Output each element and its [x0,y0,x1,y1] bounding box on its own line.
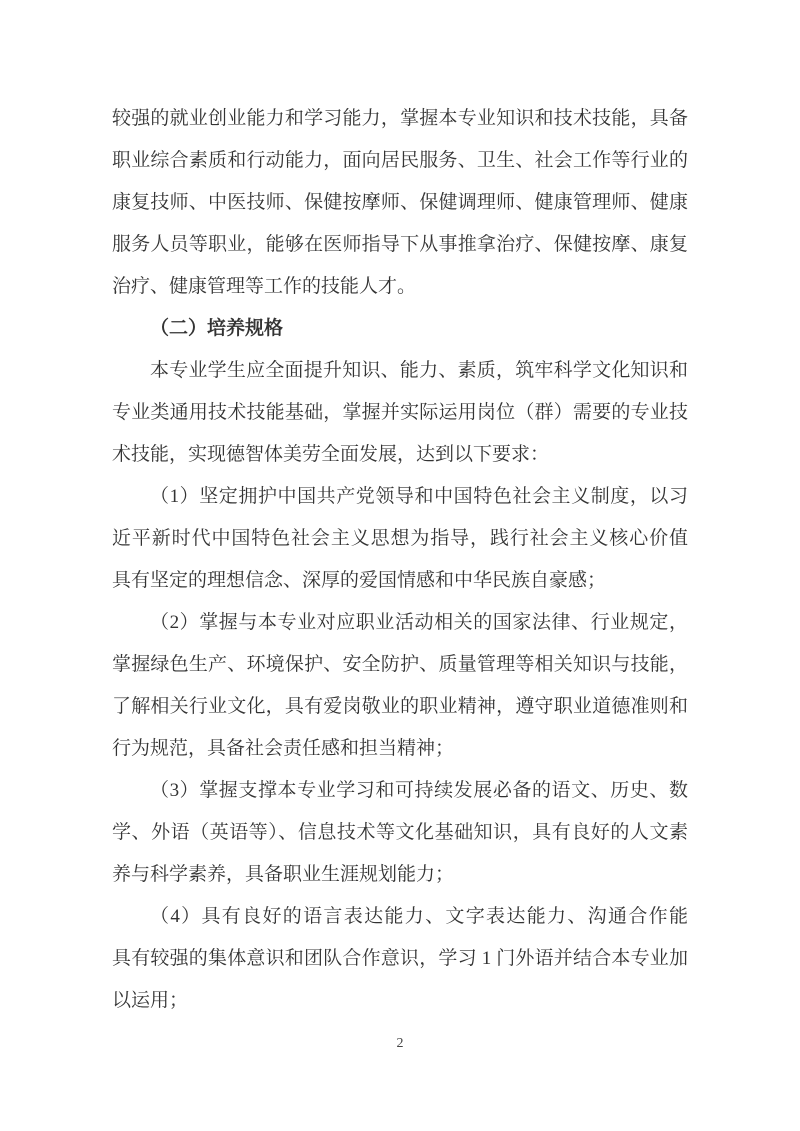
body-line: 治疗、健康管理等工作的技能人才。 [112,266,688,308]
body-line: 服务人员等职业，能够在医师指导下从事推拿治疗、保健按摩、康复 [112,224,688,266]
body-line: 专业类通用技术技能基础，掌握并实际运用岗位（群）需要的专业技 [112,392,688,434]
body-line: 职业综合素质和行动能力，面向居民服务、卫生、社会工作等行业的 [112,140,688,182]
body-line: 术技能，实现德智体美劳全面发展，达到以下要求： [112,434,688,476]
body-line: 较强的就业创业能力和学习能力，掌握本专业知识和技术技能，具备 [112,98,688,140]
body-line: （3）掌握支撑本专业学习和可持续发展必备的语文、历史、数 [112,770,688,812]
body-line: （4）具有良好的语言表达能力、文字表达能力、沟通合作能力， [112,896,688,938]
body-line: 行为规范，具备社会责任感和担当精神； [112,728,688,770]
body-line: 本专业学生应全面提升知识、能力、素质，筑牢科学文化知识和 [112,350,688,392]
body-line: 具有坚定的理想信念、深厚的爱国情感和中华民族自豪感； [112,560,688,602]
body-line: 康复技师、中医技师、保健按摩师、保健调理师、健康管理师、健康 [112,182,688,224]
page-number: 2 [112,1032,688,1056]
body-line: 了解相关行业文化，具有爱岗敬业的职业精神，遵守职业道德准则和 [112,686,688,728]
body-line: 养与科学素养，具备职业生涯规划能力； [112,854,688,896]
body-line: 掌握绿色生产、环境保护、安全防护、质量管理等相关知识与技能， [112,644,688,686]
body-line: 学、外语（英语等）、信息技术等文化基础知识，具有良好的人文素 [112,812,688,854]
document-body: 较强的就业创业能力和学习能力，掌握本专业知识和技术技能，具备 职业综合素质和行动… [112,98,688,1022]
body-line: （2）掌握与本专业对应职业活动相关的国家法律、行业规定， [112,602,688,644]
section-heading: （二）培养规格 [112,308,688,350]
body-line: 具有较强的集体意识和团队合作意识，学习 1 门外语并结合本专业加 [112,938,688,980]
document-page: 较强的就业创业能力和学习能力，掌握本专业知识和技术技能，具备 职业综合素质和行动… [0,0,800,1131]
body-line: （1）坚定拥护中国共产党领导和中国特色社会主义制度，以习 [112,476,688,518]
body-line: 近平新时代中国特色社会主义思想为指导，践行社会主义核心价值观， [112,518,688,560]
body-line: 以运用； [112,980,688,1022]
